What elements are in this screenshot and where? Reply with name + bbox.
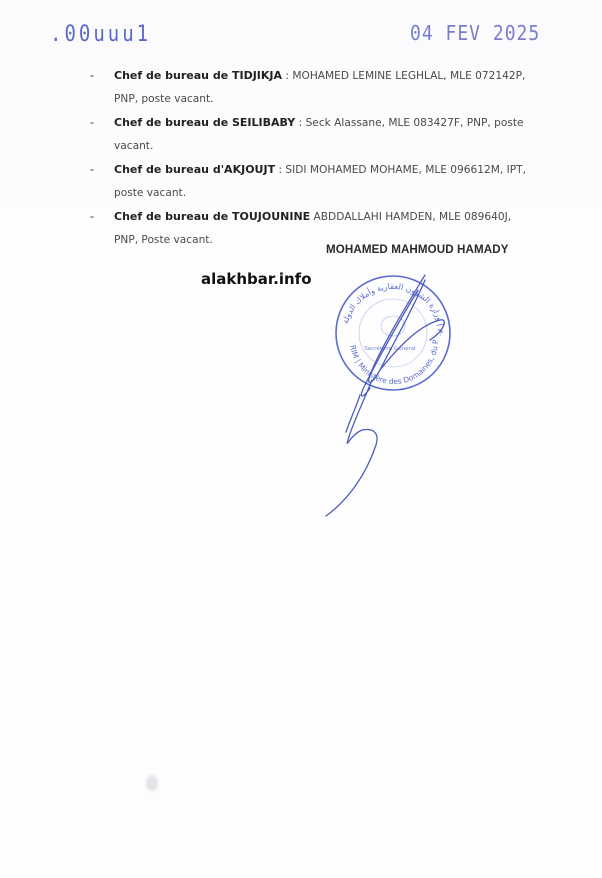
separator: : [295,117,305,129]
office-label: Chef de bureau de TIDJIKJA [114,69,282,82]
office-label: Chef de bureau de SEILIBABY [114,116,295,129]
date-stamp: 04 FEV 2025 [410,21,540,45]
bullet: - [90,111,94,133]
separator: : [282,70,292,82]
office-label: Chef de bureau de TOUJOUNINE [114,210,310,223]
list-item: - Chef de bureau de TIDJIKJA : MOHAMED L… [88,64,528,110]
appointment-list: - Chef de bureau de TIDJIKJA : MOHAMED L… [88,64,528,252]
list-item: - Chef de bureau de SEILIBABY : Seck Ala… [88,111,528,157]
signer-name: MOHAMED MAHMOUD HAMADY [326,243,509,256]
office-label: Chef de bureau d'AKJOUJT [114,163,275,176]
separator: : [275,164,285,176]
bullet: - [90,205,94,227]
reference-number-stamp: .00uuu1 [50,21,151,46]
document-page: .00uuu1 04 FEV 2025 - Chef de bureau de … [0,0,602,878]
watermark-text: alakhbar.info [201,270,312,288]
bullet: - [90,64,94,86]
signature-icon [300,270,460,530]
scan-speck [146,775,158,791]
bullet: - [90,158,94,180]
list-item: - Chef de bureau d'AKJOUJT : SIDI MOHAME… [88,158,528,204]
